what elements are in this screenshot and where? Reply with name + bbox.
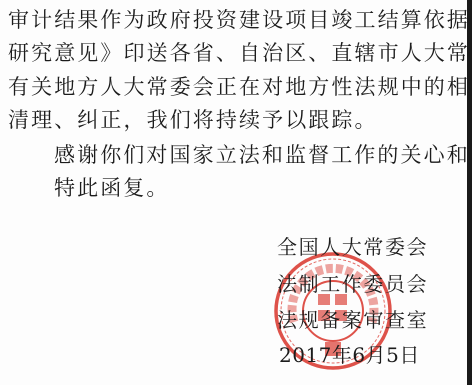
body-line-3: 有关地方人大常委会正在对地方性法规中的相关规定自行 xyxy=(8,74,472,100)
signature-org-line-1: 全国人大常委会 xyxy=(277,234,428,260)
letter-page: 审计结果作为政府投资建设项目竣工结算依据有关规定的 研究意见》印送各省、自治区、… xyxy=(0,0,472,385)
body-line-2: 研究意见》印送各省、自治区、直辖市人大常委会。目前， xyxy=(8,40,472,66)
body-line-closing: 特此函复。 xyxy=(54,175,170,201)
signature-org-line-3: 法规备案审查室 xyxy=(277,307,428,333)
body-line-1: 审计结果作为政府投资建设项目竣工结算依据有关规定的 xyxy=(8,7,472,33)
scan-edge-border xyxy=(467,0,472,385)
body-line-thanks: 感谢你们对国家立法和监督工作的关心和支持。 xyxy=(54,142,472,168)
signature-date: 2017年6月5日 xyxy=(279,342,420,368)
signature-org-line-2: 法制工作委员会 xyxy=(277,271,428,297)
body-line-4: 清理、纠正，我们将持续予以跟踪。 xyxy=(8,107,378,133)
